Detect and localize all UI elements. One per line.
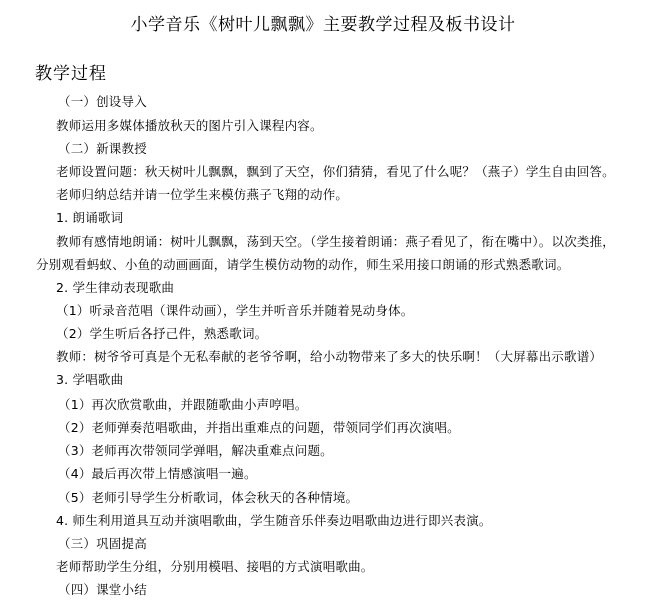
list-item: （2）学生听后各抒己件，熟悉歌词。 [56, 325, 267, 343]
numbered-heading: 3. 学唱歌曲 [56, 371, 123, 389]
paragraph: 教师有感情地朗诵：树叶儿飘飘，荡到天空。（学生接着朗诵：燕子看见了，衔在嘴中）。… [56, 233, 615, 251]
numbered-heading: 1. 朗诵歌词 [56, 209, 123, 227]
numbered-heading: 4. 师生利用道具互动并演唱歌曲，学生随音乐伴奏边唱歌曲边进行即兴表演。 [56, 512, 492, 530]
subsection-heading: （四）课堂小结 [58, 581, 147, 599]
list-item: （5）老师引导学生分析歌词，体会秋天的各种情境。 [58, 489, 358, 507]
paragraph: 老师归纳总结并请一位学生来模仿燕子飞翔的动作。 [56, 186, 348, 204]
paragraph: 教师运用多媒体播放秋天的图片引入课程内容。 [56, 117, 323, 135]
list-item: （1）再次欣赏歌曲，并跟随歌曲小声哼唱。 [58, 396, 307, 414]
paragraph-continuation: 分别观看蚂蚁、小鱼的动画画面，请学生模仿动物的动作，师生采用接口朗诵的形式熟悉歌… [36, 256, 569, 274]
document-title: 小学音乐《树叶儿飘飘》主要教学过程及板书设计 [0, 13, 646, 37]
paragraph: 老师帮助学生分组，分别用模唱、接唱的方式演唱歌曲。 [56, 558, 374, 576]
paragraph: 教师：树爷爷可真是个无私奉献的老爷爷啊，给小动物带来了多大的快乐啊！（大屏幕出示… [56, 348, 602, 366]
list-item: （3）老师再次带领同学弹唱，解决重难点问题。 [58, 442, 333, 460]
list-item: （2）老师弹奏范唱歌曲，并指出重难点的问题，带领同学们再次演唱。 [58, 419, 460, 437]
list-item: （1）听录音范唱（课件动画），学生并听音乐并随着晃动身体。 [56, 302, 414, 320]
paragraph: 老师设置问题：秋天树叶儿飘飘，飘到了天空，你们猜猜，看见了什么呢？（燕子）学生自… [56, 163, 615, 181]
list-item: （4）最后再次带上情感演唱一遍。 [58, 465, 257, 483]
numbered-heading: 2. 学生律动表现歌曲 [56, 279, 174, 297]
subsection-heading: （三）巩固提高 [58, 535, 147, 553]
subsection-heading: （二）新课教授 [58, 140, 147, 158]
subsection-heading: （一）创设导入 [58, 93, 147, 111]
section-heading: 教学过程 [35, 62, 107, 86]
